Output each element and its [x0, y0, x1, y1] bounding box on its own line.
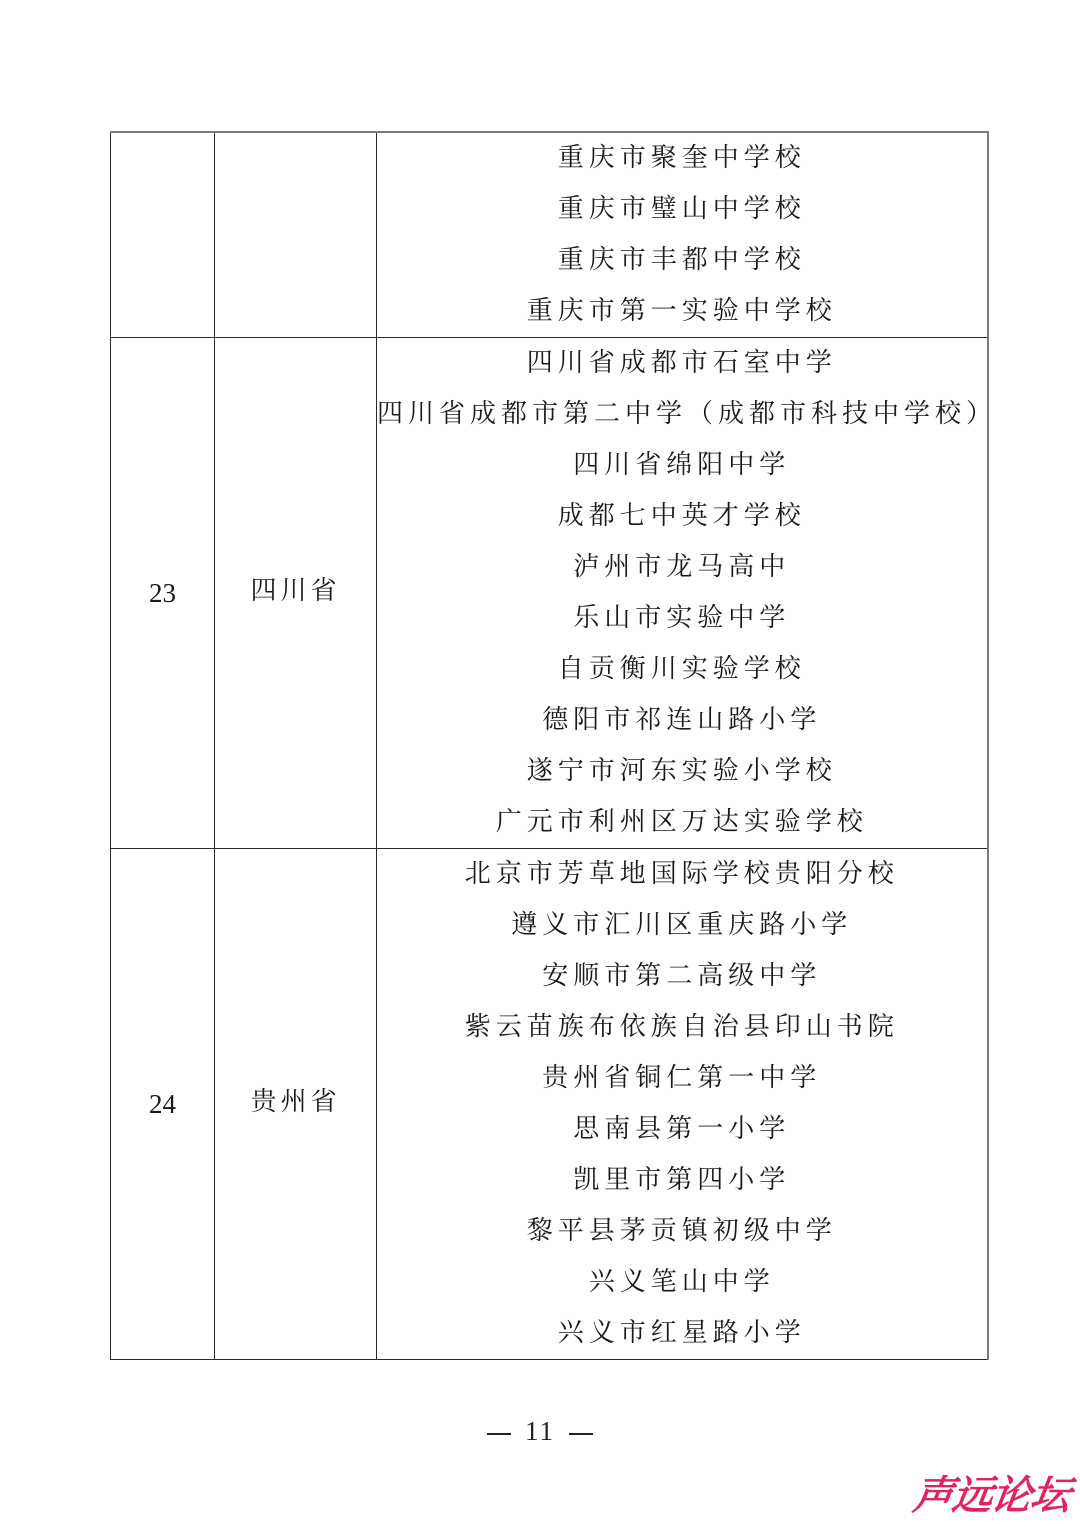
table-row: 重庆市聚奎中学校 重庆市璧山中学校 重庆市丰都中学校 重庆市第一实验中学校: [111, 132, 988, 338]
school-name: 广元市利州区万达实验学校: [377, 797, 987, 848]
school-name: 紫云苗族布依族自治县印山书院: [377, 1002, 987, 1053]
province-cell: 四川省: [215, 338, 377, 849]
school-list: 四川省成都市石室中学 四川省成都市第二中学（成都市科技中学校） 四川省绵阳中学 …: [377, 338, 987, 848]
table-row: 24 贵州省 北京市芳草地国际学校贵阳分校 遵义市汇川区重庆路小学 安顺市第二高…: [111, 849, 988, 1360]
dash-right: [569, 1433, 593, 1435]
school-name: 乐山市实验中学: [377, 593, 987, 644]
dash-left: [487, 1433, 511, 1435]
school-name: 泸州市龙马高中: [377, 542, 987, 593]
schools-cell: 重庆市聚奎中学校 重庆市璧山中学校 重庆市丰都中学校 重庆市第一实验中学校: [377, 132, 988, 338]
school-name: 兴义笔山中学: [377, 1257, 987, 1308]
school-name: 遂宁市河东实验小学校: [377, 746, 987, 797]
school-name: 四川省成都市石室中学: [377, 338, 987, 389]
school-list: 重庆市聚奎中学校 重庆市璧山中学校 重庆市丰都中学校 重庆市第一实验中学校: [377, 133, 987, 337]
row-number-cell: [111, 132, 215, 338]
row-number-cell: 23: [111, 338, 215, 849]
document-page: 重庆市聚奎中学校 重庆市璧山中学校 重庆市丰都中学校 重庆市第一实验中学校 23…: [0, 0, 1080, 1527]
school-name: 四川省成都市第二中学（成都市科技中学校）: [377, 389, 987, 440]
school-name: 四川省绵阳中学: [377, 440, 987, 491]
page-number-value: 11: [525, 1416, 555, 1446]
school-name: 重庆市聚奎中学校: [377, 133, 987, 184]
school-name: 黎平县茅贡镇初级中学: [377, 1206, 987, 1257]
school-name: 兴义市红星路小学: [377, 1308, 987, 1359]
schools-cell: 北京市芳草地国际学校贵阳分校 遵义市汇川区重庆路小学 安顺市第二高级中学 紫云苗…: [377, 849, 988, 1360]
school-name: 重庆市璧山中学校: [377, 184, 987, 235]
school-name: 遵义市汇川区重庆路小学: [377, 900, 987, 951]
schools-cell: 四川省成都市石室中学 四川省成都市第二中学（成都市科技中学校） 四川省绵阳中学 …: [377, 338, 988, 849]
school-list-table: 重庆市聚奎中学校 重庆市璧山中学校 重庆市丰都中学校 重庆市第一实验中学校 23…: [110, 131, 989, 1360]
row-number-cell: 24: [111, 849, 215, 1360]
school-name: 自贡衡川实验学校: [377, 644, 987, 695]
school-name: 北京市芳草地国际学校贵阳分校: [377, 849, 987, 900]
school-name: 安顺市第二高级中学: [377, 951, 987, 1002]
school-name: 思南县第一小学: [377, 1104, 987, 1155]
school-name: 重庆市丰都中学校: [377, 235, 987, 286]
school-name: 重庆市第一实验中学校: [377, 286, 987, 337]
watermark-logo: 声远论坛: [910, 1464, 1074, 1521]
school-name: 贵州省铜仁第一中学: [377, 1053, 987, 1104]
school-name: 凯里市第四小学: [377, 1155, 987, 1206]
province-cell: 贵州省: [215, 849, 377, 1360]
page-number: 11: [0, 1416, 1080, 1447]
school-name: 成都七中英才学校: [377, 491, 987, 542]
school-list: 北京市芳草地国际学校贵阳分校 遵义市汇川区重庆路小学 安顺市第二高级中学 紫云苗…: [377, 849, 987, 1359]
table-row: 23 四川省 四川省成都市石室中学 四川省成都市第二中学（成都市科技中学校） 四…: [111, 338, 988, 849]
province-cell: [215, 132, 377, 338]
school-name: 德阳市祁连山路小学: [377, 695, 987, 746]
